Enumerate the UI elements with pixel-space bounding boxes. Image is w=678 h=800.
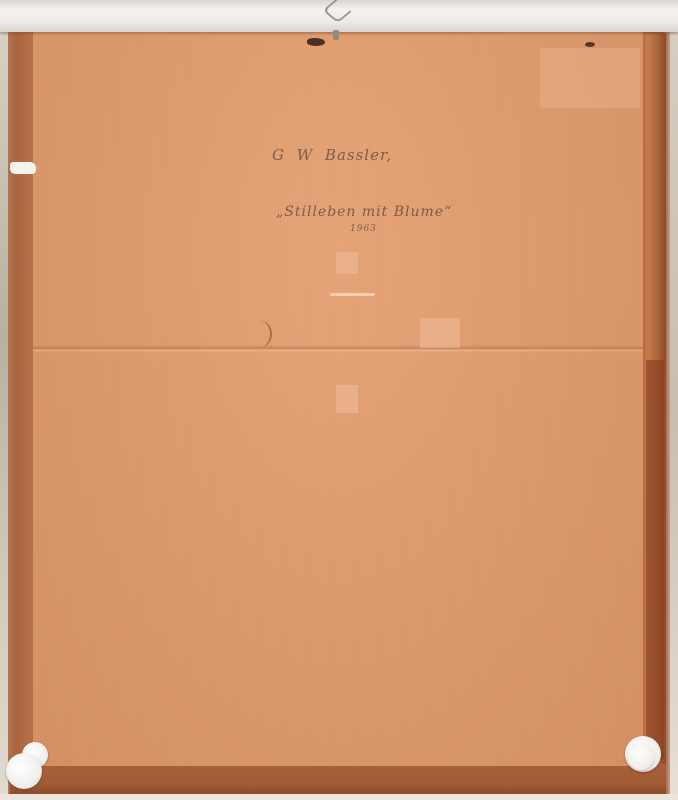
paper-faded-patch [540, 48, 640, 108]
frame-bottom [10, 764, 666, 794]
paper-stain [246, 320, 272, 348]
frame-left-edge [0, 28, 8, 800]
inscription-year: 1963 [350, 224, 377, 234]
paper-tear [307, 38, 325, 46]
tape-patch [336, 385, 358, 413]
tape-patch [336, 252, 358, 274]
artwork-back-photo: G W Bassler, „Stilleben mit Blume“ 1963 [0, 0, 678, 800]
paper-scratch [330, 293, 375, 296]
frame-bottom-edge [0, 794, 678, 800]
paint-fleck [10, 162, 36, 174]
inscription-artist: G W Bassler, [272, 146, 392, 164]
paper-tear [585, 42, 595, 47]
hanger-screw [333, 30, 339, 40]
paper-crease [33, 345, 643, 353]
tape-patch [420, 318, 460, 348]
frame-right-edge [670, 28, 678, 800]
felt-bumper-icon [628, 744, 654, 770]
frame-right-shadow [646, 360, 664, 760]
felt-bumper-icon [6, 753, 42, 789]
inscription-title: „Stilleben mit Blume“ [276, 204, 452, 220]
